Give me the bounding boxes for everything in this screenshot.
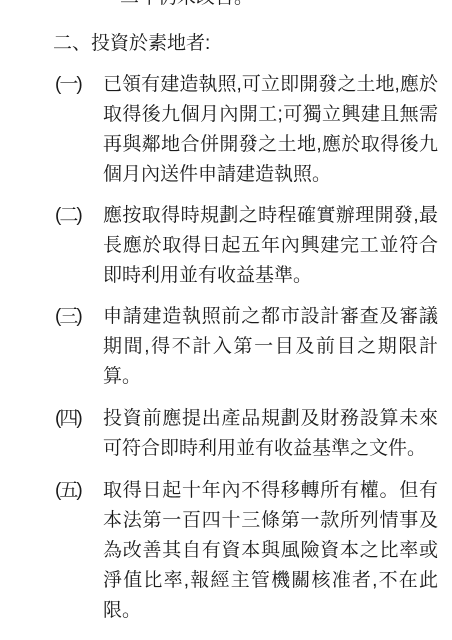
clause-number: (二)	[55, 201, 103, 231]
clause-number: (三)	[55, 302, 103, 332]
document-page: 二年仍未改善。 二、投資於素地者: (一) 已領有建造執照,可立即開發之土地,應…	[0, 0, 452, 640]
clause-text: 取得日起十年內不得移轉所有權。但有本法第一百四十三條第一款所列情事及為改善其自有…	[103, 476, 438, 626]
section-heading: 二、投資於素地者:	[53, 29, 210, 59]
clause-text: 申請建造執照前之都市設計審查及審議期間,得不計入第一目及前目之期限計算。	[103, 302, 438, 392]
clause-item: (三) 申請建造執照前之都市設計審查及審議期間,得不計入第一目及前目之期限計算。	[55, 302, 438, 392]
clause-number: (四)	[55, 404, 103, 434]
clause-number: (五)	[55, 476, 103, 506]
truncated-previous-line: 二年仍未改善。	[120, 0, 253, 8]
clause-item: (一) 已領有建造執照,可立即開發之土地,應於取得後九個月內開工;可獨立興建且無…	[55, 70, 438, 190]
clause-item: (五) 取得日起十年內不得移轉所有權。但有本法第一百四十三條第一款所列情事及為改…	[55, 476, 438, 626]
clause-number: (一)	[55, 70, 103, 100]
clause-item: (四) 投資前應提出產品規劃及財務設算未來可符合即時利用並有收益基準之文件。	[55, 404, 438, 464]
clause-text: 投資前應提出產品規劃及財務設算未來可符合即時利用並有收益基準之文件。	[103, 404, 438, 464]
clause-text: 應按取得時規劃之時程確實辦理開發,最長應於取得日起五年內興建完工並符合即時利用並…	[103, 201, 438, 291]
clause-item: (二) 應按取得時規劃之時程確實辦理開發,最長應於取得日起五年內興建完工並符合即…	[55, 201, 438, 291]
clause-text: 已領有建造執照,可立即開發之土地,應於取得後九個月內開工;可獨立興建且無需再與鄰…	[103, 70, 438, 190]
